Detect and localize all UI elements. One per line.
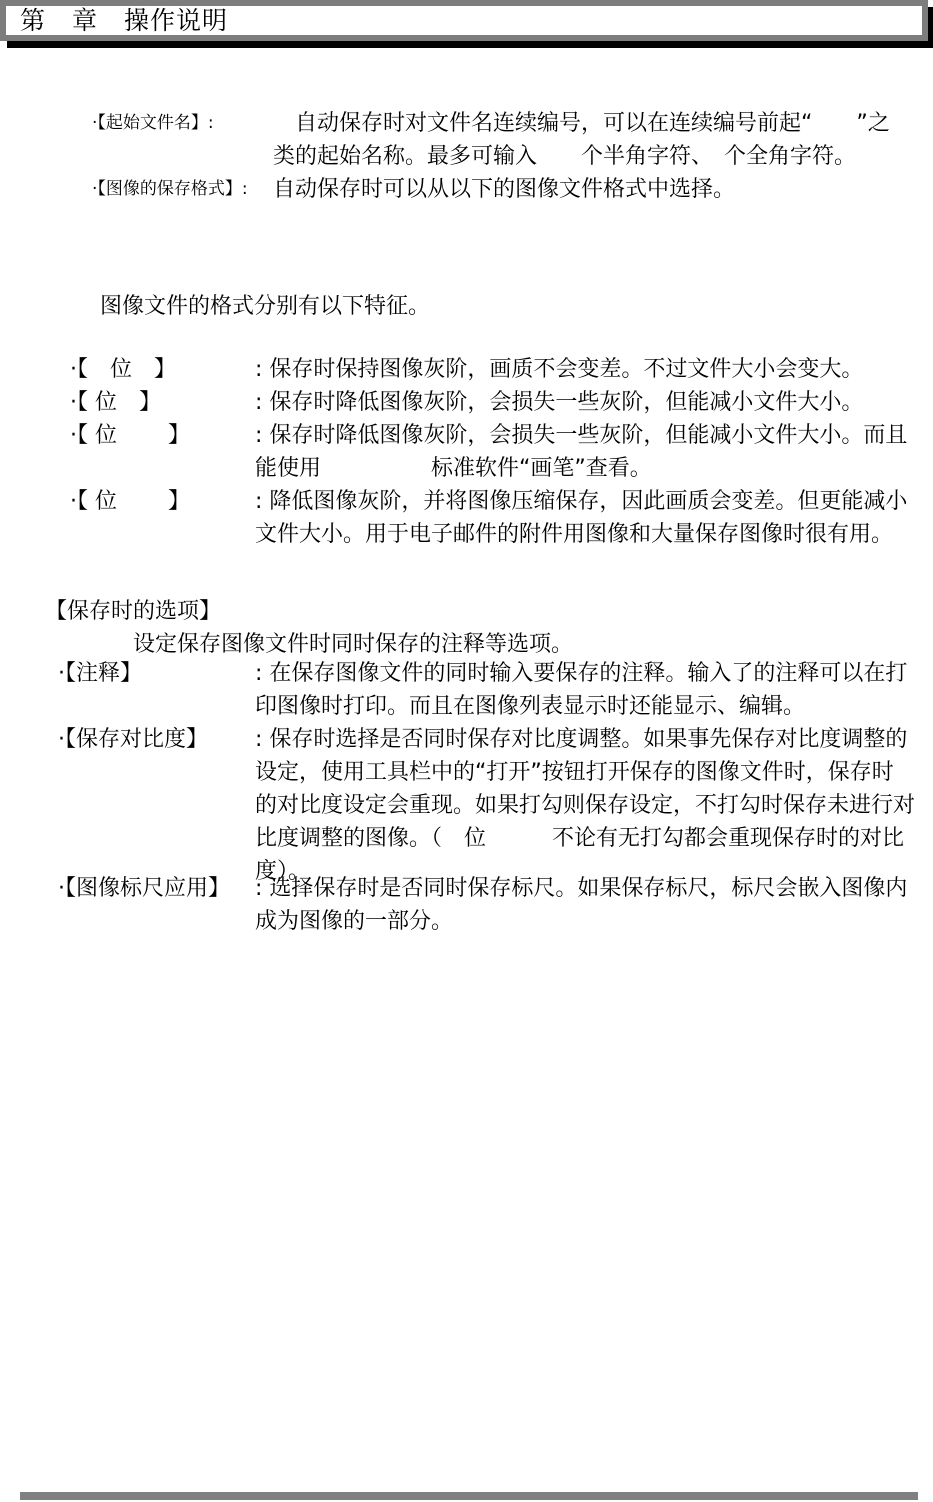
option-label-comment: ·【注释】: [58, 657, 142, 690]
format-item-desc-3: : 保存时降低图像灰阶，会损失一些灰阶，但能减小文件大小。而且 能使用 标准软件…: [255, 419, 933, 485]
entry-label-start-filename: ·【起始文件名】:: [92, 107, 214, 140]
format-item-label-3: ·【 位 】: [70, 419, 190, 452]
manual-page: 第 章 操作说明 ·【起始文件名】: 自动保存时对文件名连续编号，可以在连续编号…: [0, 0, 933, 1502]
option-desc-image-scale: : 选择保存时是否同时保存标尺。如果保存标尺，标尺会嵌入图像内 成为图像的一部分…: [255, 872, 933, 938]
entry-label-image-save-format: ·【图像的保存格式】:: [92, 173, 248, 206]
format-item-desc-4: : 降低图像灰阶，并将图像压缩保存，因此画质会变差。但更能减小 文件大小。用于电…: [255, 485, 933, 551]
chapter-title: 第 章 操作说明: [6, 6, 922, 35]
option-label-save-contrast: ·【保存对比度】: [58, 723, 208, 756]
footer-bar: [20, 1492, 918, 1500]
format-item-desc-2: : 保存时降低图像灰阶，会损失一些灰阶，但能减小文件大小。: [255, 386, 933, 419]
format-item-desc-1: : 保存时保持图像灰阶，画质不会变差。不过文件大小会变大。: [255, 353, 933, 386]
entry-desc-image-save-format: 自动保存时可以从以下的图像文件格式中选择。: [273, 173, 933, 206]
format-item-label-2: ·【 位 】: [70, 386, 161, 419]
format-item-label-4: ·【 位 】: [70, 485, 190, 518]
chapter-header-box: 第 章 操作说明: [0, 0, 928, 41]
option-desc-comment: : 在保存图像文件的同时输入要保存的注释。输入了的注释可以在打 印图像时打印。而…: [255, 657, 933, 723]
entry-desc-start-filename: 自动保存时对文件名连续编号，可以在连续编号前起“ ”之 类的起始名称。最多可输入…: [273, 107, 933, 173]
format-item-label-1: ·【 位 】: [70, 353, 176, 386]
formats-intro: 图像文件的格式分别有以下特征。: [100, 290, 430, 323]
options-heading: 【保存时的选项】: [45, 595, 221, 628]
option-desc-save-contrast: : 保存时选择是否同时保存对比度调整。如果事先保存对比度调整的 设定，使用工具栏…: [255, 723, 933, 888]
option-label-image-scale: ·【图像标尺应用】: [58, 872, 230, 905]
